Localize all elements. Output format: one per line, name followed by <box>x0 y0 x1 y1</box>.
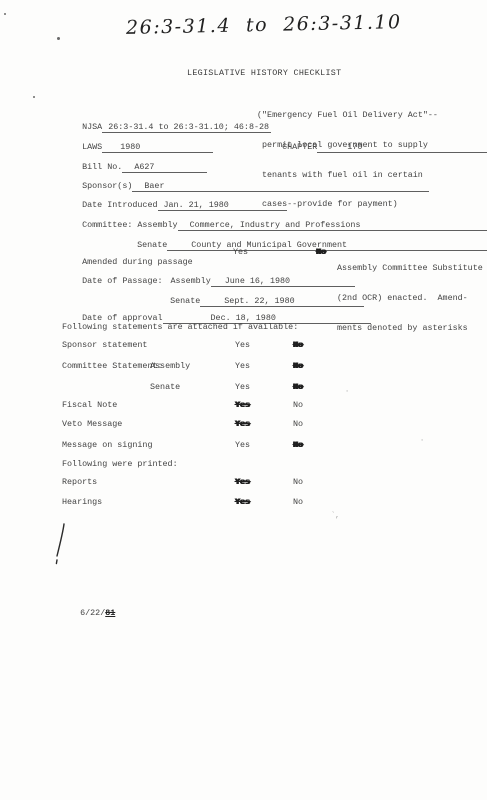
scan-artifact: `, <box>331 512 339 520</box>
page-title: LEGISLATIVE HISTORY CHECKLIST <box>187 68 341 78</box>
date-passage-label: Date of Passage: <box>82 276 162 286</box>
row-yes: Yes <box>235 477 250 487</box>
row-label: Committee Statement: <box>62 361 163 371</box>
passage-assembly-label: Assembly <box>171 276 211 286</box>
row-no: No <box>293 361 303 371</box>
row-label: Reports <box>62 477 97 487</box>
checklist-row: Committee Statement: Assembly Yes No <box>62 361 487 372</box>
scan-artifact <box>33 96 35 98</box>
scan-artifact <box>57 37 60 40</box>
handwritten-citation: 26:3-31.4 to 26:3-31.10 <box>126 17 402 33</box>
checklist-row: Sponsor statement Yes No <box>62 340 487 351</box>
chapter-label: CHAPTER <box>282 142 317 152</box>
row-yes: Yes <box>235 340 250 350</box>
row-label: Veto Message <box>62 419 122 429</box>
printed-row: Reports Yes No <box>62 477 487 488</box>
field-chapter: CHAPTER170 <box>262 132 487 163</box>
row-no: No <box>293 477 303 487</box>
statements-header: Following statements are attached if ava… <box>62 322 298 332</box>
row-label: Sponsor statement <box>62 340 147 350</box>
row-no: No <box>293 419 303 429</box>
document-page: · · `, 26:3-31.4 to 26:3-31.10 LEGISLATI… <box>0 0 487 800</box>
act-note-line: ("Emergency Fuel Oil Delivery Act"-- <box>257 111 438 121</box>
row-yes: Yes <box>235 382 250 392</box>
row-no: No <box>293 340 303 350</box>
checklist-row: Senate Yes No <box>62 382 487 393</box>
row-sublabel: Senate <box>150 382 180 392</box>
row-sublabel: Assembly <box>150 361 190 371</box>
row-label: Hearings <box>62 497 102 507</box>
date-introduced-label: Date Introduced <box>82 200 157 210</box>
checklist-row: Message on signing Yes No <box>62 440 487 451</box>
row-yes: Yes <box>235 419 250 429</box>
amended-yes: Yes <box>233 247 248 257</box>
amended-no: No <box>316 247 326 257</box>
row-no: No <box>293 382 303 392</box>
row-yes: Yes <box>235 400 250 410</box>
handwritten-mark <box>52 522 68 566</box>
committee-assembly-label: Assembly <box>137 220 177 230</box>
row-yes: Yes <box>235 361 250 371</box>
row-yes: Yes <box>235 497 250 507</box>
footer-date: 6/22/81 <box>60 598 115 628</box>
checklist-row: Veto Message Yes No <box>62 419 487 430</box>
row-label: Message on signing <box>62 440 152 450</box>
footer-date-prefix: 6/22/ <box>80 608 105 618</box>
row-no: No <box>293 497 303 507</box>
row-no: No <box>293 440 303 450</box>
footer-date-struck: 81 <box>105 608 115 618</box>
committee-label: Committee: <box>82 220 132 230</box>
printed-row: Hearings Yes No <box>62 497 487 508</box>
njsa-label: NJSA <box>82 122 102 132</box>
checklist-row: Fiscal Note Yes No <box>62 400 487 411</box>
scan-artifact <box>4 13 6 15</box>
chapter-value: 170 <box>317 142 487 153</box>
printed-header: Following were printed: <box>62 459 178 469</box>
amendment-note-line: Assembly Committee Substitute <box>337 264 483 274</box>
row-no: No <box>293 400 303 410</box>
row-label: Fiscal Note <box>62 400 117 410</box>
row-yes: Yes <box>235 440 250 450</box>
laws-label: LAWS <box>82 142 102 152</box>
